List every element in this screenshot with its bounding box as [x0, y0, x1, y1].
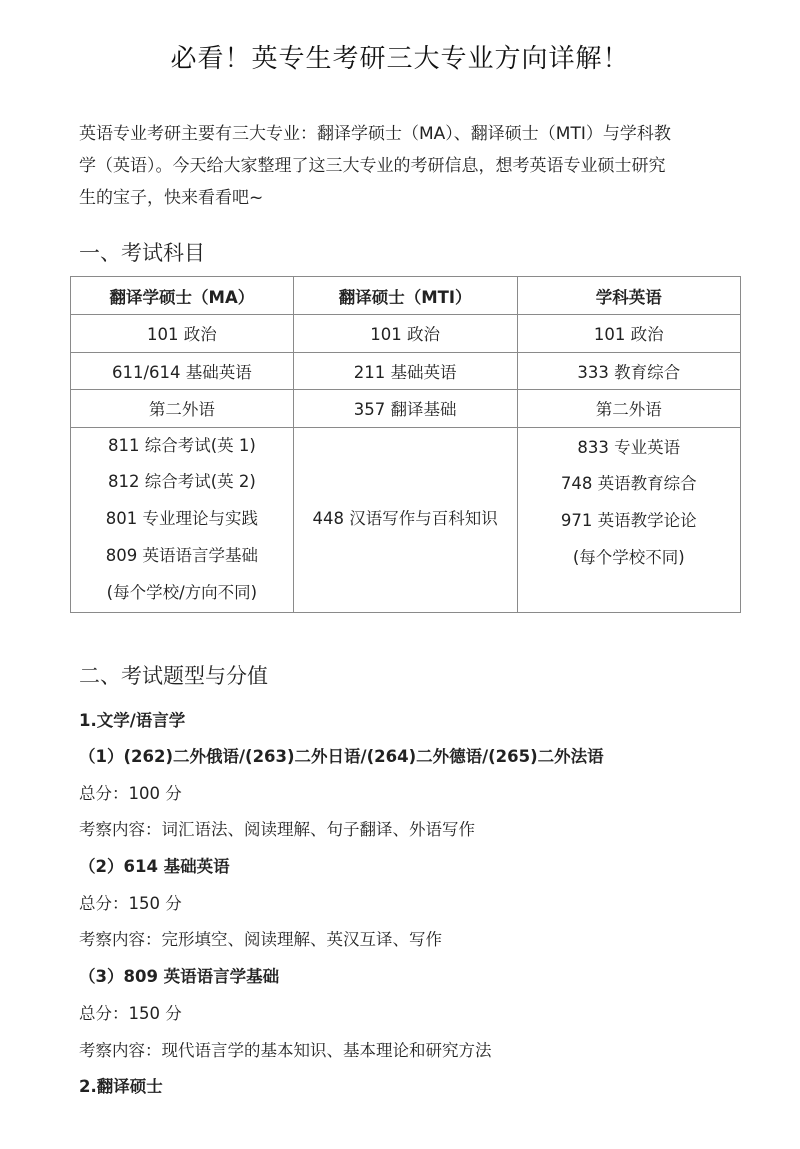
subsection-title: 1.文学/语言学	[79, 707, 185, 731]
table-cell: 333 教育综合	[517, 352, 740, 390]
cell-line: 833 专业英语	[518, 430, 740, 467]
item-content: 考察内容：完形填空、阅读理解、英汉互译、写作	[79, 926, 442, 950]
table-cell: 811 综合考试(英 1) 812 综合考试(英 2) 801 专业理论与实践 …	[71, 427, 294, 612]
table-row: 811 综合考试(英 1) 812 综合考试(英 2) 801 专业理论与实践 …	[71, 427, 741, 612]
cell-line: 811 综合考试(英 1)	[71, 428, 293, 465]
cell-line: (每个学校/方向不同)	[71, 575, 293, 612]
cell-line: 748 英语教育综合	[518, 466, 740, 503]
table-row: 101 政治 101 政治 101 政治	[71, 315, 741, 353]
item-score: 总分：150 分	[79, 1000, 182, 1024]
table-header-row: 翻译学硕士（MA） 翻译硕士（MTI） 学科英语	[71, 277, 741, 315]
cell-line: 801 专业理论与实践	[71, 501, 293, 538]
table-cell: 211 基础英语	[293, 352, 517, 390]
cell-line: 809 英语语言学基础	[71, 538, 293, 575]
table-cell: 第二外语	[71, 390, 294, 428]
intro-line: 生的宝子，快来看看吧~	[79, 182, 739, 214]
table-cell: 101 政治	[293, 315, 517, 353]
subjects-table: 翻译学硕士（MA） 翻译硕士（MTI） 学科英语 101 政治 101 政治 1…	[70, 276, 741, 613]
section-heading-question-types: 二、考试题型与分值	[79, 660, 268, 690]
column-header: 学科英语	[517, 277, 740, 315]
cell-line: (每个学校不同)	[518, 540, 740, 577]
intro-paragraph: 英语专业考研主要有三大专业：翻译学硕士（MA）、翻译硕士（MTI）与学科教 学（…	[79, 118, 739, 214]
item-score: 总分：150 分	[79, 890, 182, 914]
item-title: （3）809 英语语言学基础	[79, 963, 279, 987]
table-row: 611/614 基础英语 211 基础英语 333 教育综合	[71, 352, 741, 390]
table-cell: 第二外语	[517, 390, 740, 428]
cell-line: 971 英语教学论论	[518, 503, 740, 540]
table-cell: 101 政治	[71, 315, 294, 353]
cell-line: 812 综合考试(英 2)	[71, 464, 293, 501]
table-cell: 833 专业英语 748 英语教育综合 971 英语教学论论 (每个学校不同)	[517, 427, 740, 612]
table-cell: 357 翻译基础	[293, 390, 517, 428]
cell-line: 448 汉语写作与百科知识	[294, 501, 517, 538]
item-content: 考察内容：词汇语法、阅读理解、句子翻译、外语写作	[79, 816, 475, 840]
table-row: 第二外语 357 翻译基础 第二外语	[71, 390, 741, 428]
section-heading-subjects: 一、考试科目	[79, 237, 205, 267]
column-header: 翻译学硕士（MA）	[71, 277, 294, 315]
item-title: （2）614 基础英语	[79, 853, 230, 877]
item-title: （1）(262)二外俄语/(263)二外日语/(264)二外德语/(265)二外…	[79, 743, 604, 767]
table-cell: 611/614 基础英语	[71, 352, 294, 390]
page-title: 必看！英专生考研三大专业方向详解！	[0, 38, 800, 75]
table-cell: 101 政治	[517, 315, 740, 353]
column-header: 翻译硕士（MTI）	[293, 277, 517, 315]
subsection-title: 2.翻译硕士	[79, 1073, 163, 1097]
item-score: 总分：100 分	[79, 780, 182, 804]
intro-line: 英语专业考研主要有三大专业：翻译学硕士（MA）、翻译硕士（MTI）与学科教	[79, 118, 739, 150]
item-content: 考察内容：现代语言学的基本知识、基本理论和研究方法	[79, 1037, 492, 1061]
table-cell: 448 汉语写作与百科知识	[293, 427, 517, 612]
intro-line: 学（英语）。今天给大家整理了这三大专业的考研信息，想考英语专业硕士研究	[79, 150, 739, 182]
